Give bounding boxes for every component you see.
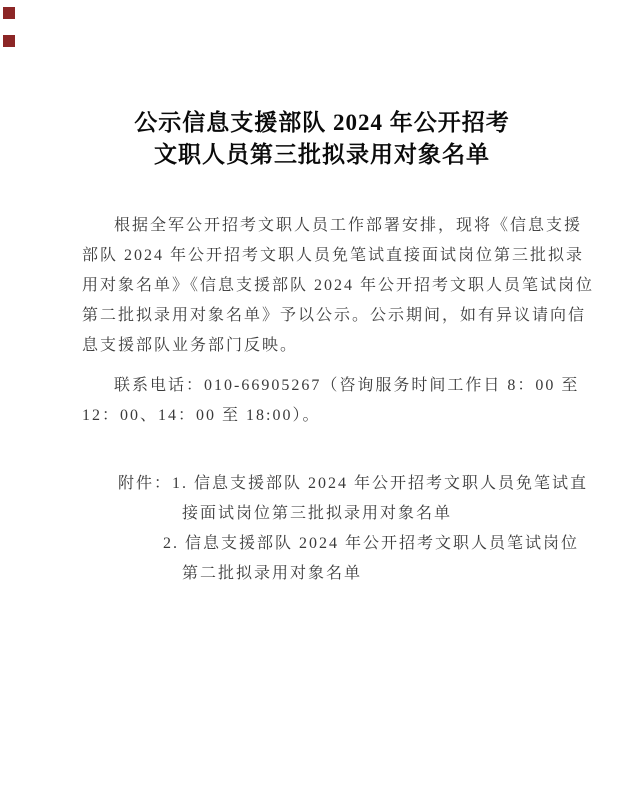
attachment-title-part: 信息支援部队 2024 年公开招考文职人员免笔试直	[194, 475, 588, 492]
contact-hours-line: 12：00、14：00 至 18:00）。	[82, 401, 568, 431]
attachment-number: 1.	[172, 475, 188, 492]
document-body: 根据全军公开招考文职人员工作部署安排，现将《信息支援 部队 2024 年公开招考…	[82, 211, 568, 589]
attachment-item-2: 2. 信息支援部队 2024 年公开招考文职人员笔试岗位	[163, 529, 570, 559]
attachment-item-1: 附件：1. 信息支援部队 2024 年公开招考文职人员免笔试直	[118, 469, 570, 499]
text-line: 用对象名单》《信息支援部队 2024 年公开招考文职人员笔试岗位	[82, 271, 568, 301]
contact-phone-line: 联系电话：010-66905267（咨询服务时间工作日 8：00 至	[82, 371, 568, 401]
attachments-block: 附件：1. 信息支援部队 2024 年公开招考文职人员免笔试直 接面试岗位第三批…	[82, 469, 568, 589]
text-line: 第二批拟录用对象名单》予以公示。公示期间，如有异议请向信	[82, 301, 568, 331]
text-line: 部队 2024 年公开招考文职人员免笔试直接面试岗位第三批拟录	[82, 241, 568, 271]
document-page: 公示信息支援部队 2024 年公开招考 文职人员第三批拟录用对象名单 根据全军公…	[0, 0, 644, 796]
text-line: 息支援部队业务部门反映。	[82, 331, 568, 361]
attachment-title-continuation: 第二批拟录用对象名单	[182, 559, 568, 589]
attachment-title-part: 信息支援部队 2024 年公开招考文职人员笔试岗位	[185, 535, 579, 552]
attachment-title-continuation: 接面试岗位第三批拟录用对象名单	[182, 499, 568, 529]
red-square-mark-bottom	[3, 35, 15, 47]
body-paragraph-contact: 联系电话：010-66905267（咨询服务时间工作日 8：00 至 12：00…	[82, 371, 568, 431]
document-title-line-2: 文职人员第三批拟录用对象名单	[0, 139, 644, 171]
attachments-label: 附件：	[118, 475, 172, 492]
body-paragraph-main: 根据全军公开招考文职人员工作部署安排，现将《信息支援 部队 2024 年公开招考…	[82, 211, 568, 361]
document-title-line-1: 公示信息支援部队 2024 年公开招考	[0, 107, 644, 139]
document-title: 公示信息支援部队 2024 年公开招考 文职人员第三批拟录用对象名单	[0, 0, 644, 171]
red-square-mark-top	[3, 7, 15, 19]
attachment-number: 2.	[163, 535, 179, 552]
text-line: 根据全军公开招考文职人员工作部署安排，现将《信息支援	[82, 211, 568, 241]
